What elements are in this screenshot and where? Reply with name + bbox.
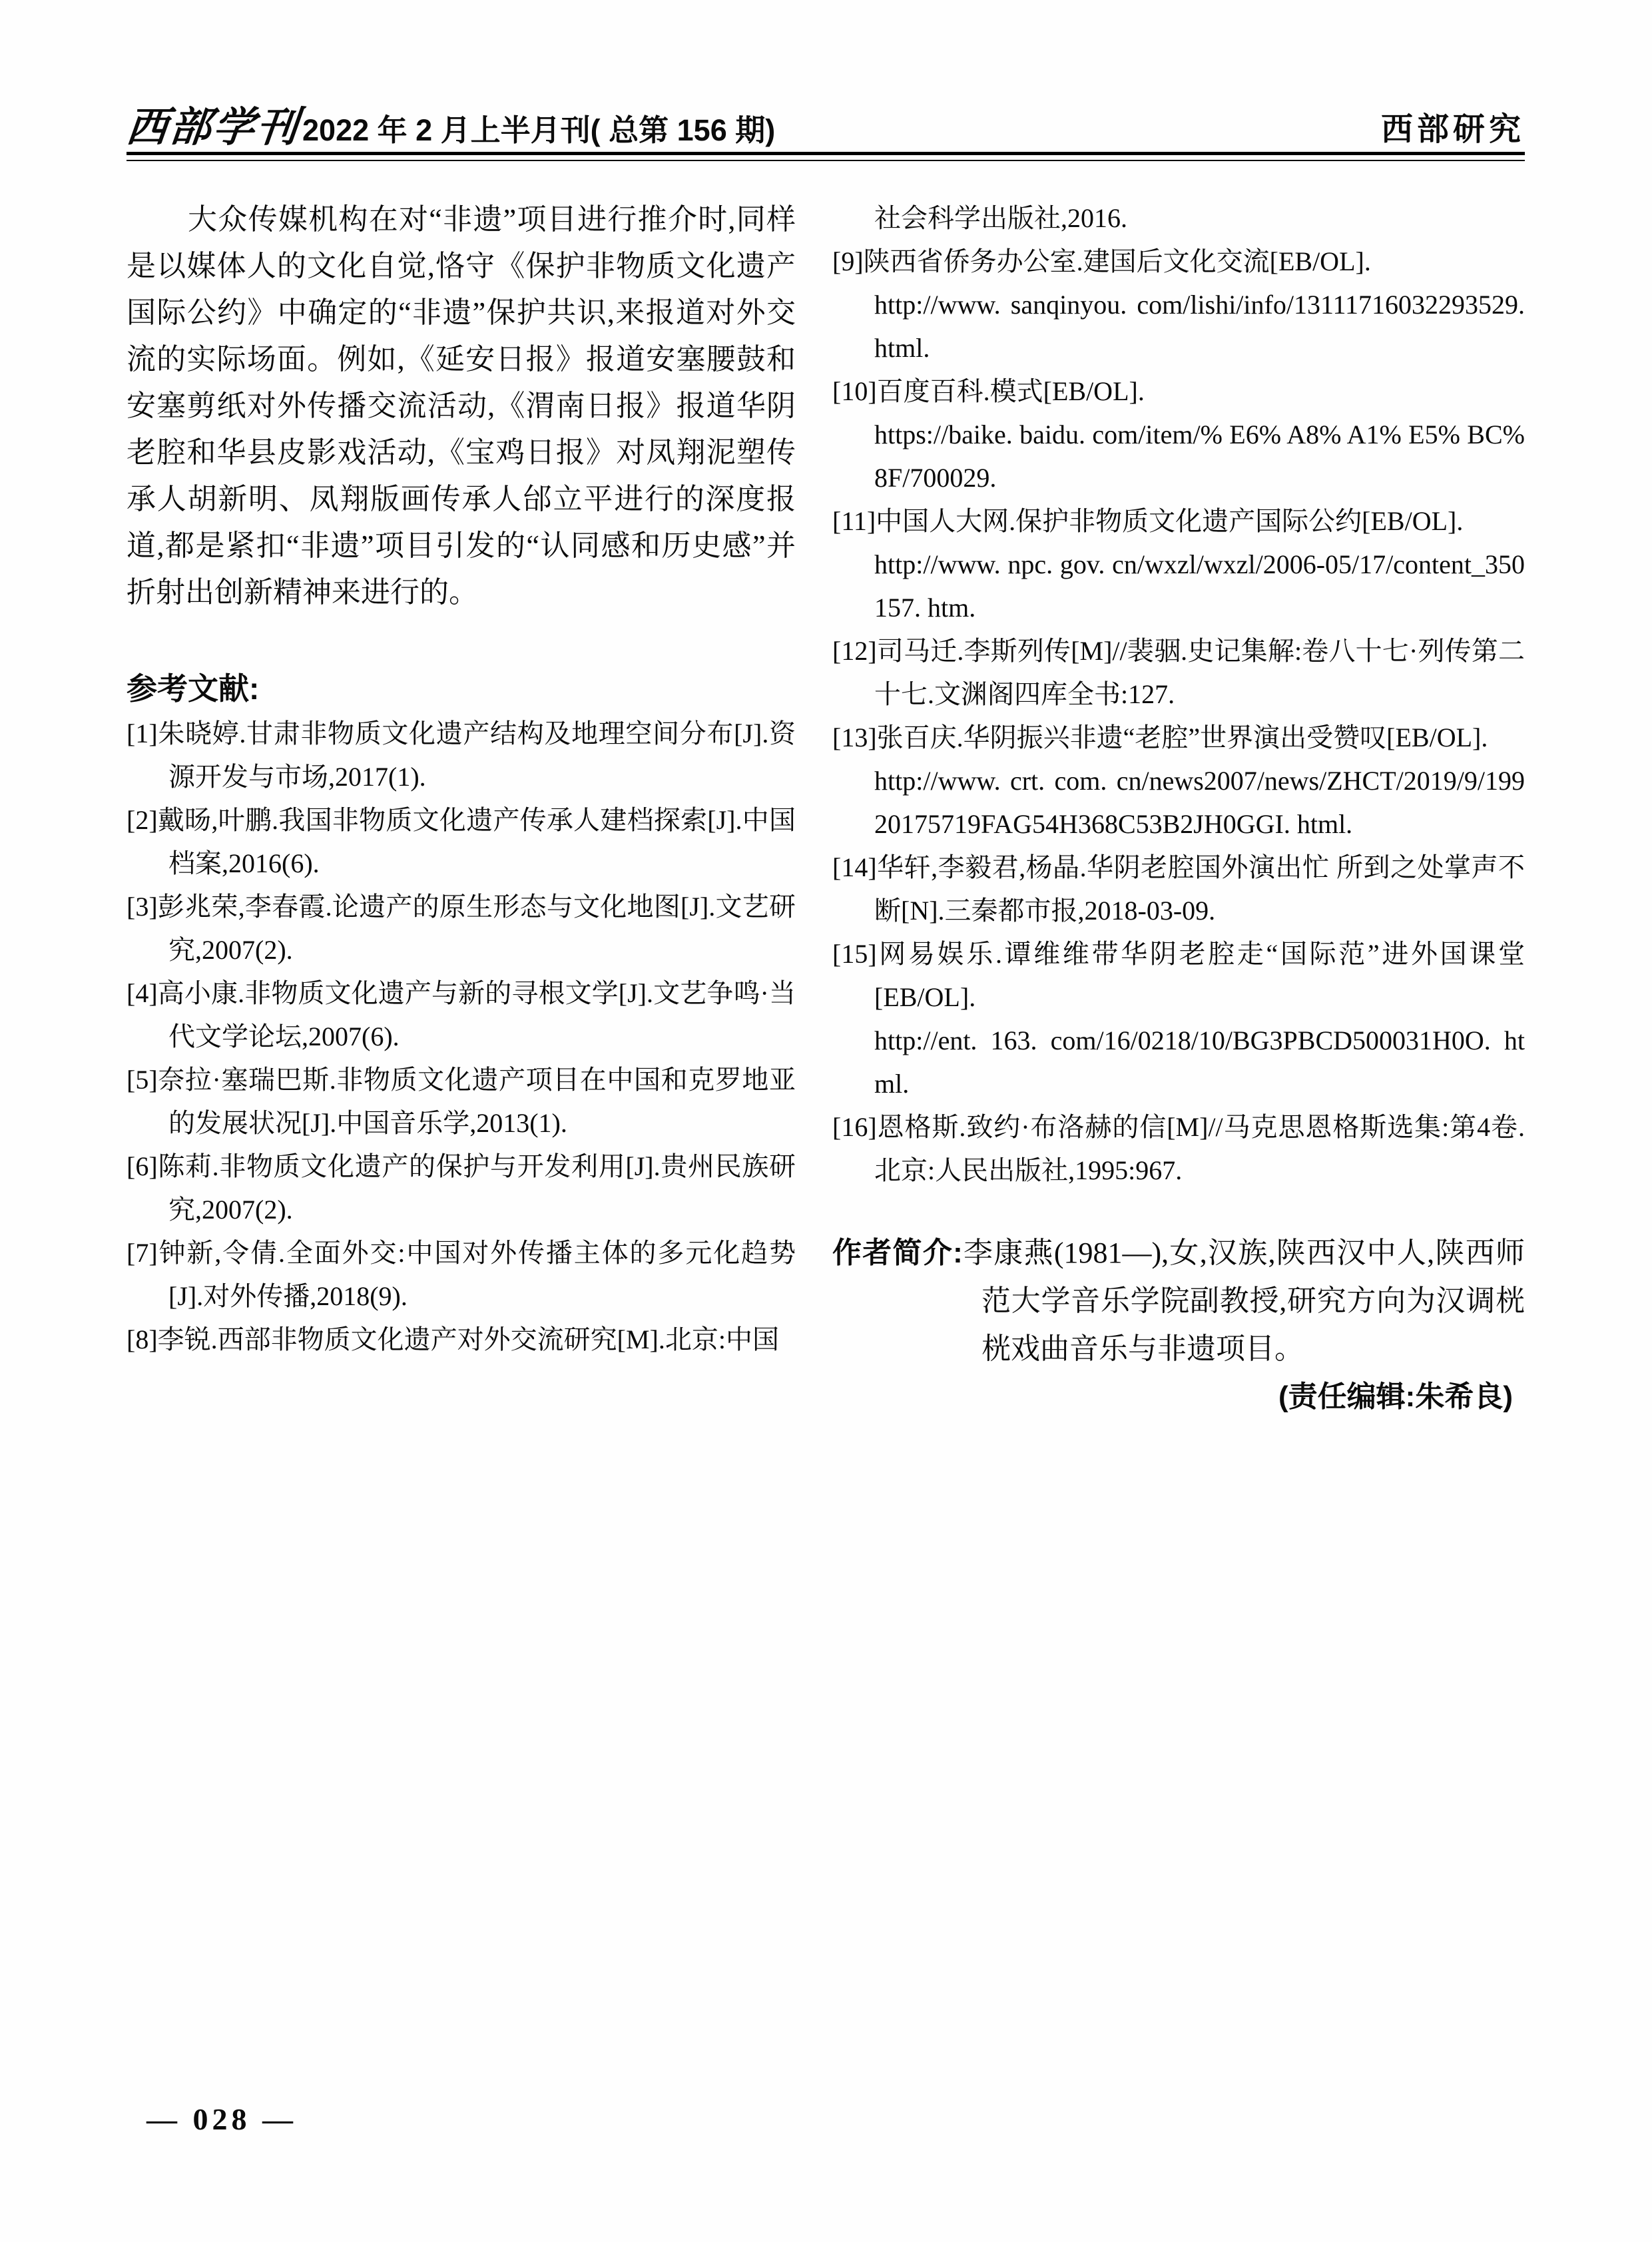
section-title: 西部研究 <box>1381 113 1525 148</box>
reference-label: [3] <box>127 892 158 922</box>
reference-text: 奈拉·塞瑞巴斯.非物质文化遗产项目在中国和克罗地亚的发展状况[J].中国音乐学,… <box>158 1065 796 1138</box>
reference-item-14: [14]华轩,李毅君,杨晶.华阴老腔国外演出忙 所到之处掌声不断[N].三秦都市… <box>832 846 1525 932</box>
reference-item-13: [13]张百庆.华阴振兴非遗“老腔”世界演出受赞叹[EB/OL].http://… <box>832 716 1525 846</box>
references-heading: 参考文献: <box>127 665 796 712</box>
reference-item-3: [3]彭兆荣,李春霞.论遗产的原生形态与文化地图[J].文艺研究,2007(2)… <box>127 885 796 972</box>
body-paragraph: 大众传媒机构在对“非遗”项目进行推介时,同样是以媒体人的文化自觉,恪守《保护非物… <box>127 196 796 616</box>
reference-text: 高小康.非物质文化遗产与新的寻根文学[J].文艺争鸣·当代文学论坛,2007(6… <box>158 978 796 1051</box>
page-header: 西部学刊2022 年 2 月上半月刊( 总第 156 期) 西部研究 <box>127 107 1525 148</box>
reference-item-16: [16]恩格斯.致约·布洛赫的信[M]//马克思恩格斯选集:第4卷.北京:人民出… <box>832 1105 1525 1192</box>
reference-item-8: [8]李锐.西部非物质文化遗产对外交流研究[M].北京:中国 <box>127 1318 796 1361</box>
reference-text: 戴旸,叶鹏.我国非物质文化遗产传承人建档探索[J].中国档案,2016(6). <box>158 805 796 878</box>
reference-label: [13] <box>832 722 877 752</box>
journal-title-block: 西部学刊2022 年 2 月上半月刊( 总第 156 期) <box>127 107 775 148</box>
reference-item-2: [2]戴旸,叶鹏.我国非物质文化遗产传承人建档探索[J].中国档案,2016(6… <box>127 798 796 885</box>
reference-text: 恩格斯.致约·布洛赫的信[M]//马克思恩格斯选集:第4卷.北京:人民出版社,1… <box>874 1112 1525 1185</box>
left-column: 大众传媒机构在对“非遗”项目进行推介时,同样是以媒体人的文化自觉,恪守《保护非物… <box>127 196 796 1361</box>
reference-label: [4] <box>127 978 158 1008</box>
reference-label: [8] <box>127 1324 158 1354</box>
reference-url: http://www. sanqinyou. com/lishi/info/13… <box>874 283 1525 370</box>
reference-text: 彭兆荣,李春霞.论遗产的原生形态与文化地图[J].文艺研究,2007(2). <box>158 892 796 965</box>
reference-item-1: [1]朱晓婷.甘肃非物质文化遗产结构及地理空间分布[J].资源开发与市场,201… <box>127 712 796 798</box>
reference-item-5: [5]奈拉·塞瑞巴斯.非物质文化遗产项目在中国和克罗地亚的发展状况[J].中国音… <box>127 1058 796 1145</box>
reference-label: [1] <box>127 718 158 748</box>
author-bio: 作者简介:李康燕(1981—),女,汉族,陕西汉中人,陕西师范大学音乐学院副教授… <box>832 1229 1525 1373</box>
reference-text: 张百庆.华阴振兴非遗“老腔”世界演出受赞叹[EB/OL]. <box>877 722 1488 752</box>
reference-label: [16] <box>832 1112 877 1142</box>
reference-text: 百度百科.模式[EB/OL]. <box>877 376 1145 406</box>
reference-item-8-continuation: 社会科学出版社,2016. <box>832 196 1525 240</box>
reference-text: 华轩,李毅君,杨晶.华阴老腔国外演出忙 所到之处掌声不断[N].三秦都市报,20… <box>874 852 1525 926</box>
reference-item-15: [15]网易娱乐.谭维维带华阴老腔走“国际范”进外国课堂[EB/OL].http… <box>832 932 1525 1105</box>
reference-item-10: [10]百度百科.模式[EB/OL].https://baike. baidu.… <box>832 370 1525 499</box>
reference-text: 陈莉.非物质文化遗产的保护与开发利用[J].贵州民族研究,2007(2). <box>158 1151 796 1225</box>
reference-item-9: [9]陕西省侨务办公室.建国后文化交流[EB/OL].http://www. s… <box>832 240 1525 370</box>
issue-info: 2022 年 2 月上半月刊( 总第 156 期) <box>302 113 775 148</box>
reference-label: [12] <box>832 636 877 666</box>
reference-label: [10] <box>832 376 877 406</box>
reference-item-4: [4]高小康.非物质文化遗产与新的寻根文学[J].文艺争鸣·当代文学论坛,200… <box>127 972 796 1058</box>
author-bio-label: 作者简介: <box>832 1237 963 1269</box>
reference-label: [2] <box>127 805 158 835</box>
right-column: 社会科学出版社,2016. [9]陕西省侨务办公室.建国后文化交流[EB/OL]… <box>832 196 1525 1421</box>
editor-note: (责任编辑:朱希良) <box>832 1373 1525 1421</box>
header-rule-thin <box>127 160 1525 161</box>
reference-text: 钟新,令倩.全面外交:中国对外传播主体的多元化趋势[J].对外传播,2018(9… <box>158 1238 796 1311</box>
journal-page: 西部学刊2022 年 2 月上半月刊( 总第 156 期) 西部研究 大众传媒机… <box>0 0 1652 2242</box>
reference-label: [7] <box>127 1238 158 1268</box>
reference-label: [14] <box>832 852 877 882</box>
reference-text: 中国人大网.保护非物质文化遗产国际公约[EB/OL]. <box>876 506 1463 536</box>
reference-text: 司马迁.李斯列传[M]//裴骃.史记集解:卷八十七·列传第二十七.文渊阁四库全书… <box>874 636 1525 709</box>
reference-url: https://baike. baidu. com/item/% E6% A8%… <box>874 413 1525 499</box>
reference-url: http://www. crt. com. cn/news2007/news/Z… <box>874 759 1525 846</box>
header-rule-thick <box>127 152 1525 155</box>
reference-text: 朱晓婷.甘肃非物质文化遗产结构及地理空间分布[J].资源开发与市场,2017(1… <box>158 718 796 792</box>
reference-item-11: [11]中国人大网.保护非物质文化遗产国际公约[EB/OL].http://ww… <box>832 499 1525 629</box>
reference-label: [5] <box>127 1065 158 1095</box>
reference-url: http://www. npc. gov. cn/wxzl/wxzl/2006-… <box>874 543 1525 629</box>
author-bio-text: 李康燕(1981—),女,汉族,陕西汉中人,陕西师范大学音乐学院副教授,研究方向… <box>963 1237 1525 1365</box>
reference-label: [11] <box>832 506 876 536</box>
reference-item-7: [7]钟新,令倩.全面外交:中国对外传播主体的多元化趋势[J].对外传播,201… <box>127 1231 796 1318</box>
page-number: — 028 — <box>146 2102 297 2137</box>
reference-item-6: [6]陈莉.非物质文化遗产的保护与开发利用[J].贵州民族研究,2007(2). <box>127 1145 796 1231</box>
reference-url: http://ent. 163. com/16/0218/10/BG3PBCD5… <box>874 1019 1525 1105</box>
reference-label: [6] <box>127 1151 158 1181</box>
reference-item-12: [12]司马迁.李斯列传[M]//裴骃.史记集解:卷八十七·列传第二十七.文渊阁… <box>832 629 1525 716</box>
journal-logo: 西部学刊 <box>125 107 302 148</box>
reference-text: 网易娱乐.谭维维带华阴老腔走“国际范”进外国课堂[EB/OL]. <box>874 939 1525 1012</box>
reference-label: [15] <box>832 939 877 969</box>
reference-text: 陕西省侨务办公室.建国后文化交流[EB/OL]. <box>864 246 1371 276</box>
reference-text: 李锐.西部非物质文化遗产对外交流研究[M].北京:中国 <box>158 1324 779 1354</box>
reference-label: [9] <box>832 246 864 276</box>
